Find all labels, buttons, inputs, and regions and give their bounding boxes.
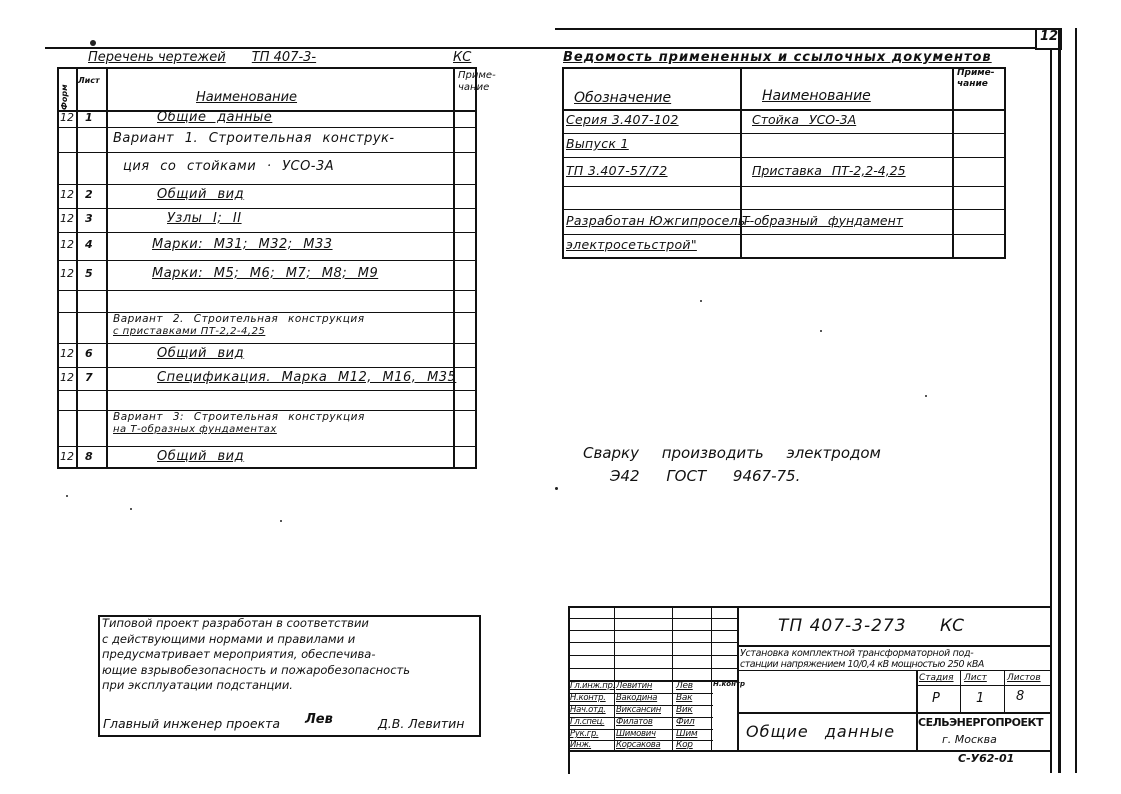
row-format: 12 <box>60 450 74 463</box>
frame-top-line <box>45 47 1035 49</box>
scan-speck <box>820 330 822 332</box>
ref-row-divider <box>562 109 1006 111</box>
ref-designation: Разработан Южгипросель- <box>566 213 750 228</box>
row-format: 12 <box>60 212 74 225</box>
ref-name: Т-образный фундамент <box>742 213 903 228</box>
project-mark: КС <box>940 616 964 636</box>
ref-designation: Выпуск 1 <box>566 136 629 151</box>
description-line1: Установка комплектной трансформаторной п… <box>740 648 973 659</box>
ref-col-note: Приме- чание <box>957 68 994 90</box>
row-sheet: 5 <box>85 267 93 280</box>
drawing-list-row <box>57 290 477 312</box>
row-name-continued: на Т-образных фундаментах <box>113 424 277 435</box>
scan-speck <box>90 40 96 46</box>
signer-name: Д.В. Левитин <box>378 716 464 731</box>
signatory-role: Гл.инж.пр. <box>570 681 615 691</box>
signatory-name: Левитин <box>616 681 652 691</box>
ref-name: Стойка УСО-3А <box>752 112 856 127</box>
frame-top-line-right <box>555 28 1060 30</box>
description-line2: станции напряжением 10/0,4 кВ мощностью … <box>740 659 984 670</box>
scan-speck <box>66 495 68 497</box>
scan-speck <box>925 395 927 397</box>
ref-row-divider <box>562 157 1006 158</box>
organization-city: г. Москва <box>942 733 997 746</box>
signer-signature: Лев <box>305 712 333 727</box>
compliance-note-text: Типовой проект разработан в соответствии… <box>102 616 410 694</box>
row-name: Спецификация. Марка М12, М16, М35 <box>157 370 456 385</box>
sheet-title: Общие данные <box>746 722 895 741</box>
col-name-header: Наименование <box>196 90 297 105</box>
ref-designation: электросетьстрой" <box>566 237 697 252</box>
scan-speck <box>555 487 558 490</box>
sheet-number-box: 12 <box>1035 28 1062 50</box>
row-name: Марки: М31; М32; М33 <box>152 237 333 252</box>
signatory-signature: Шим <box>676 729 697 739</box>
col-format-header: Форм <box>60 70 69 110</box>
row-name: Вариант 3: Строительная конструкция <box>113 411 365 423</box>
signatory-name: Вакодина <box>616 693 657 703</box>
sheets-value: 8 <box>1016 689 1024 704</box>
row-format: 12 <box>60 267 74 280</box>
row-format: 12 <box>60 238 74 251</box>
ref-name: Приставка ПТ-2,2-4,25 <box>752 163 906 178</box>
ref-row-divider <box>562 186 1006 187</box>
ref-col-name: Наименование <box>762 88 871 104</box>
ref-row-divider <box>562 133 1006 134</box>
project-code: ТП 407-3-273 <box>778 616 907 636</box>
frame-right-inner <box>1058 28 1061 773</box>
drawing-list-row: 121Общие данные <box>57 110 477 127</box>
ref-designation: ТП 3.407-57/72 <box>566 163 668 178</box>
scan-speck <box>130 508 132 510</box>
welding-note-line2: Э42 ГОСТ 9467-75. <box>610 467 800 485</box>
sheet-value: 1 <box>976 691 984 706</box>
drawing-list-row: 127Спецификация. Марка М12, М16, М35 <box>57 367 477 390</box>
row-format: 12 <box>60 347 74 360</box>
drawing-list-row: Вариант 1. Строительная конструк- <box>57 127 477 152</box>
row-name: Вариант 2. Строительная конструкция <box>113 313 365 325</box>
signatory-signature: Вак <box>676 693 692 703</box>
drawing-list-title: Перечень чертежей ТП 407-3- <box>88 50 316 65</box>
row-name: Общие данные <box>157 110 272 125</box>
row-name: Общий вид <box>157 187 244 202</box>
stage-label: Стадия <box>919 673 954 683</box>
signatory-signature: Вик <box>676 705 693 715</box>
archive-number: С-У62-01 <box>958 752 1014 765</box>
ref-row-divider <box>562 234 1006 235</box>
scan-speck <box>280 520 282 522</box>
signatory-role: Инж. <box>570 740 591 750</box>
stage-value: Р <box>932 691 940 706</box>
sheet-label: Лист <box>964 673 987 683</box>
drawing-list-row: Вариант 2. Строительная конструкцияс при… <box>57 312 477 343</box>
drawing-list-row: 128Общий вид <box>57 446 477 469</box>
drawing-list-row: 123Узлы I; II <box>57 208 477 232</box>
drawing-list-row: 122Общий вид <box>57 184 477 208</box>
signatory-role: Нач.отд. <box>570 705 606 715</box>
row-sheet: 6 <box>85 347 93 360</box>
row-format: 12 <box>60 111 74 124</box>
welding-note-line1: Сварку производить электродом <box>583 444 881 462</box>
signatory-signature: Кор <box>676 740 693 750</box>
drawing-list-row: 124Марки: М31; М32; М33 <box>57 232 477 260</box>
scan-speck <box>700 300 702 302</box>
row-sheet: 2 <box>85 188 93 201</box>
row-name: Узлы I; II <box>167 211 242 226</box>
col-sheet-header: Лист <box>78 76 100 85</box>
extra-col-label: Н.контр <box>713 680 745 688</box>
signer-role: Главный инженер проекта <box>103 716 280 731</box>
drawing-list-row: 126Общий вид <box>57 343 477 367</box>
row-sheet: 4 <box>85 238 93 251</box>
signatory-name: Шимович <box>616 729 656 739</box>
row-name: ция со стойками · УСО-3А <box>123 159 334 174</box>
sheets-label: Листов <box>1007 673 1041 683</box>
drawing-list-row <box>57 390 477 410</box>
col-note-header: Приме- чание <box>458 70 496 94</box>
row-name: Общий вид <box>157 449 244 464</box>
drawing-list-row: 125Марки: М5; М6; М7; М8; М9 <box>57 260 477 290</box>
signatory-signature: Лев <box>676 681 693 691</box>
ref-row-divider <box>562 209 1006 210</box>
organization-name: СЕЛЬЭНЕРГОПРОЕКТ <box>918 716 1043 729</box>
drawing-list-row: Вариант 3: Строительная конструкцияна Т-… <box>57 410 477 446</box>
signatory-name: Корсакова <box>616 740 660 750</box>
row-sheet: 1 <box>85 111 93 124</box>
signatory-role: Гл.спец. <box>570 717 604 727</box>
signatory-role: Рук.гр. <box>570 729 598 739</box>
row-name: Общий вид <box>157 346 244 361</box>
frame-right-outer <box>1075 28 1077 773</box>
drawing-list-mark: КС <box>453 50 471 65</box>
signatory-name: Филатов <box>616 717 653 727</box>
signatory-name: Виксансин <box>616 705 661 715</box>
row-sheet: 8 <box>85 450 93 463</box>
ref-col-designation: Обозначение <box>574 90 671 106</box>
row-format: 12 <box>60 371 74 384</box>
signatory-signature: Фил <box>676 717 694 727</box>
row-name-continued: с приставками ПТ-2,2-4,25 <box>113 326 265 337</box>
ref-designation: Серия 3.407-102 <box>566 112 679 127</box>
references-title: Ведомость примененных и ссылочных докуме… <box>563 50 992 65</box>
row-name: Вариант 1. Строительная конструк- <box>113 131 395 146</box>
signatory-role: Н.контр. <box>570 693 606 703</box>
sheet-number: 12 <box>1040 29 1058 44</box>
row-format: 12 <box>60 188 74 201</box>
row-name: Марки: М5; М6; М7; М8; М9 <box>152 266 378 281</box>
drawing-list-row: ция со стойками · УСО-3А <box>57 152 477 184</box>
scan-fold-mark <box>568 752 570 774</box>
row-sheet: 7 <box>85 371 93 384</box>
row-sheet: 3 <box>85 212 93 225</box>
